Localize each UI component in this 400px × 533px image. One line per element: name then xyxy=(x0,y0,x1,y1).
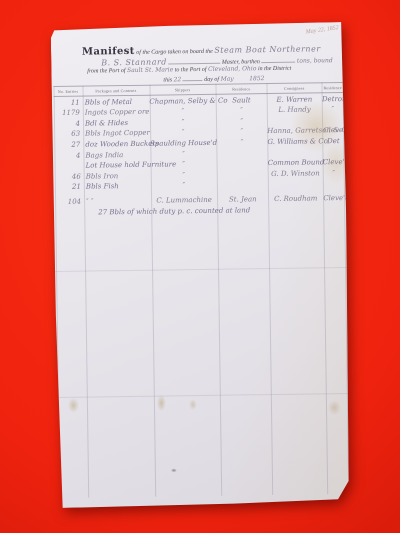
vessel-name-handwritten: Steam Boat Northerner xyxy=(214,44,320,54)
cell-contents: Bags India xyxy=(83,150,150,160)
cell-co_res: ″ xyxy=(322,105,344,114)
cell-contents: doz Wooden Buckets xyxy=(83,140,150,150)
manifest-header-line4: this 22 day of May 1852 xyxy=(163,74,264,83)
blank-rule xyxy=(168,58,220,65)
cell-sh_res: Sault xyxy=(216,96,267,106)
cell-shipper: ″ xyxy=(150,149,217,159)
printed-text: in the District xyxy=(258,66,291,72)
port-from-handwritten: Sault St. Marie xyxy=(127,66,173,74)
paper-shadow-wrap: May 22, 1852 Manifest of the Cargo taken… xyxy=(0,0,400,533)
cell-shipper: C. Lummachine xyxy=(151,196,218,206)
cell-no: 27 xyxy=(54,141,83,150)
column-header-no: No. Entries xyxy=(54,89,83,94)
photo-background: May 22, 1852 Manifest of the Cargo taken… xyxy=(0,0,400,533)
printed-text: this xyxy=(163,77,172,83)
cell-co_res: Detroit xyxy=(322,95,344,104)
cell-contents: Bbls Iron xyxy=(84,171,151,181)
cell-contents: Bbls Ingot Copper xyxy=(83,129,150,139)
printed-text: of the Cargo taken on board the xyxy=(136,49,213,56)
cell-sh_res: ″ xyxy=(216,117,267,127)
printed-text: from the Port of xyxy=(87,68,125,75)
column-header-consignees: Consignees xyxy=(267,85,322,91)
printed-text: day of xyxy=(204,77,219,83)
cell-consignee xyxy=(268,214,323,215)
cell-no: 4 xyxy=(54,151,83,160)
cell-contents: Bbls Fish xyxy=(84,182,151,192)
cell-sh_res: ″ xyxy=(217,138,268,148)
cell-consignee: L. Handy xyxy=(267,105,322,115)
cell-co_res: Cleve xyxy=(322,126,344,135)
cell-consignee: Common Bound xyxy=(268,158,323,168)
cell-no: 46 xyxy=(55,172,84,181)
cell-contents: ″ ″ xyxy=(84,197,151,207)
cell-contents: 27 Bbls of which duty p. c. counted at l… xyxy=(84,207,151,217)
cell-contents: Lot House hold Furniture xyxy=(84,161,151,171)
cell-contents: Ingots Copper ore xyxy=(83,108,150,118)
year-handwritten: 1852 xyxy=(249,75,264,82)
cell-co_res: Cleve'd xyxy=(323,158,345,167)
manifest-title: Manifest xyxy=(82,46,135,58)
printed-text: to the Port of xyxy=(175,67,207,73)
document-paper: May 22, 1852 Manifest of the Cargo taken… xyxy=(51,22,352,508)
cell-shipper: ″ xyxy=(150,118,217,128)
cell-sh_res: St. Jean xyxy=(217,195,268,205)
column-header-shippers: Shippers xyxy=(149,87,216,93)
cell-shipper: ″ xyxy=(150,160,217,170)
cell-co_res: Det xyxy=(322,137,344,146)
cell-shipper: Spaulding House'd xyxy=(150,139,217,149)
column-header-packages: Packages and Contents xyxy=(83,88,150,94)
cell-no: 21 xyxy=(55,183,84,192)
cell-no: 104 xyxy=(55,198,84,207)
manifest-table: No. Entries Packages and Contents Shippe… xyxy=(53,82,349,498)
column-header-residence2: Residence xyxy=(322,85,344,90)
cell-consignee: G. D. Winston xyxy=(268,169,323,179)
column-header-residence1: Residence xyxy=(216,86,267,92)
cell-shipper: ″ xyxy=(150,128,217,138)
table-rows: 11Bbls of MetalChapman, Selby & CoSaultE… xyxy=(54,93,346,218)
cell-sh_res: ″ xyxy=(216,106,267,116)
cell-no: 1179 xyxy=(54,109,83,118)
cell-consignee: C. Roudham xyxy=(268,194,323,204)
cell-shipper: ″ xyxy=(150,171,217,181)
cell-shipper: Chapman, Selby & Co xyxy=(149,96,216,106)
pencil-date-note: May 22, 1852 xyxy=(305,25,339,35)
blank-rule xyxy=(183,75,203,81)
day-handwritten: 22 xyxy=(174,76,182,83)
cell-contents: Bbls of Metal xyxy=(83,97,150,107)
port-to-handwritten: Cleveland, Ohio xyxy=(208,65,256,73)
cell-contents: Bdl & Hides xyxy=(83,118,150,128)
cell-no: 4 xyxy=(54,119,83,128)
cell-consignee: E. Warren xyxy=(267,95,322,105)
cell-sh_res xyxy=(217,189,268,190)
cell-shipper: ″ xyxy=(151,181,218,191)
cell-consignee: G. Williams & Co xyxy=(267,137,322,147)
cell-shipper: ″ xyxy=(149,107,216,117)
blank-rule xyxy=(261,57,295,63)
cell-sh_res xyxy=(218,215,269,216)
cell-no: 11 xyxy=(54,98,83,107)
ink-speck xyxy=(171,468,177,472)
manifest-header-line3: from the Port of Sault St. Marie to the … xyxy=(87,65,291,75)
cell-no: 63 xyxy=(54,130,83,139)
cell-co_res: Cleve'd xyxy=(323,194,345,203)
cell-consignee xyxy=(268,189,323,190)
cell-consignee: Hanna, Garretson & Co xyxy=(267,127,322,137)
month-handwritten: May xyxy=(221,76,234,83)
burthen-handwritten: tons, bound xyxy=(297,57,333,64)
cell-co_res: ″ xyxy=(323,169,345,178)
cell-sh_res: ″ xyxy=(216,127,267,137)
